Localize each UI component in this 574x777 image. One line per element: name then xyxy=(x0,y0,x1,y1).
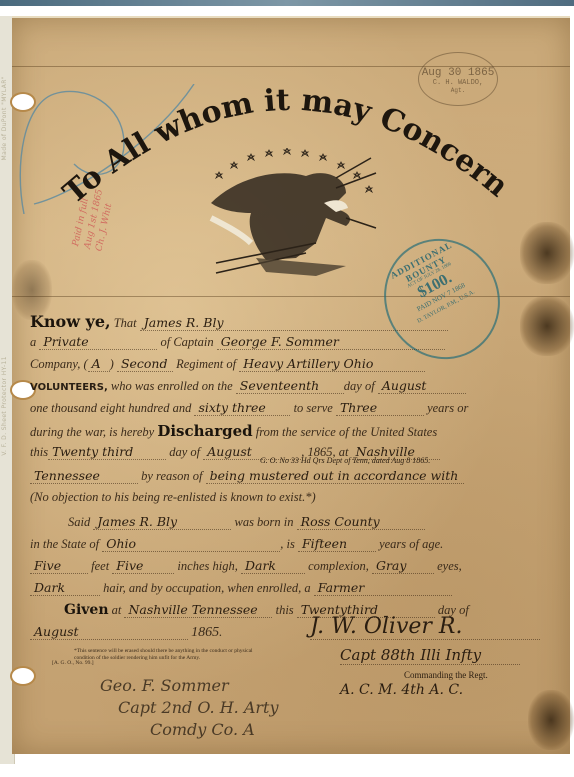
line-description: Five feet Five inches high, Dark complex… xyxy=(30,558,550,574)
enroll-day: Seventeenth xyxy=(236,378,344,394)
enroll-year: sixty three xyxy=(194,400,290,416)
given-year: 1865 xyxy=(191,625,219,640)
soldier-name: James R. Bly xyxy=(140,315,448,331)
given-place: Nashville Tennessee xyxy=(124,602,272,618)
given-month: August xyxy=(30,624,188,640)
company-letter: A xyxy=(88,356,110,372)
hair-color: Dark xyxy=(30,580,100,596)
form-number: [A. G. O., No. 99.] xyxy=(52,660,94,666)
height-inches: Five xyxy=(112,558,174,574)
eye-color: Gray xyxy=(372,558,434,574)
line-enroll-year: one thousand eight hundred and sixty thr… xyxy=(30,400,550,416)
eagle-emblem xyxy=(196,148,386,288)
commander-signature: J. W. Oliver R. xyxy=(310,614,540,640)
water-stain xyxy=(12,260,52,320)
soldier-name-repeat: James R. Bly xyxy=(93,514,231,530)
term-of-service: Three xyxy=(336,400,424,416)
captain-signature-line-2: Capt 2nd O. H. Arty xyxy=(118,698,279,717)
line-born-in: Said James R. Bly was born in Ross Count… xyxy=(68,514,574,530)
discharge-state: Tennessee xyxy=(30,468,138,484)
complexion: Dark xyxy=(241,558,305,574)
enroll-month: August xyxy=(378,378,466,394)
line-know-ye: Know ye, That James R. Bly xyxy=(30,312,550,331)
captain-signature-line-3: Comdy Co. A xyxy=(150,720,255,739)
birth-state: Ohio xyxy=(102,536,280,552)
occupation: Farmer xyxy=(314,580,452,596)
captain-name: George F. Sommer xyxy=(217,334,445,350)
line-rank: a Private of Captain George F. Sommer xyxy=(30,334,550,350)
general-order-annotation: G. O. No 33 Hd Qrs Dept of Tenn, dated A… xyxy=(260,456,574,465)
age: Fifteen xyxy=(298,536,376,552)
commander-title: Capt 88th Illi Infty xyxy=(340,646,520,665)
punch-hole xyxy=(12,668,34,684)
discharge-day: Twenty third xyxy=(48,444,166,460)
scan-top-strip xyxy=(0,0,574,6)
water-stain xyxy=(528,690,574,750)
footnote: *This sentence will be erased should the… xyxy=(74,648,274,662)
commander-extra: A. C. M. 4th A. C. xyxy=(340,682,463,698)
line-no-objection: (No objection to his being re-enlisted i… xyxy=(30,490,550,505)
commanding-label: Commanding the Regt. xyxy=(404,670,488,680)
line-enrolled: VOLUNTEERS, who was enrolled on the Seve… xyxy=(30,378,550,394)
rank: Private xyxy=(39,334,157,350)
line-reason: Tennessee by reason of being mustered ou… xyxy=(30,468,550,484)
line-company: Company, (A) Second Regiment of Heavy Ar… xyxy=(30,356,550,372)
line-discharged: during the war, is hereby Discharged fro… xyxy=(30,422,550,440)
birth-county: Ross County xyxy=(297,514,425,530)
line-hair-occupation: Dark hair, and by occupation, when enrol… xyxy=(30,580,550,596)
regiment-name: Heavy Artillery Ohio xyxy=(239,356,425,372)
water-stain xyxy=(520,222,574,284)
height-feet: Five xyxy=(30,558,88,574)
discharge-reason: being mustered out in accordance with xyxy=(206,468,464,484)
captain-signature-line-1: Geo. F. Sommer xyxy=(100,676,229,695)
line-state-age: in the State of Ohio, is Fifteen years o… xyxy=(30,536,550,552)
regiment-number: Second xyxy=(117,356,173,372)
